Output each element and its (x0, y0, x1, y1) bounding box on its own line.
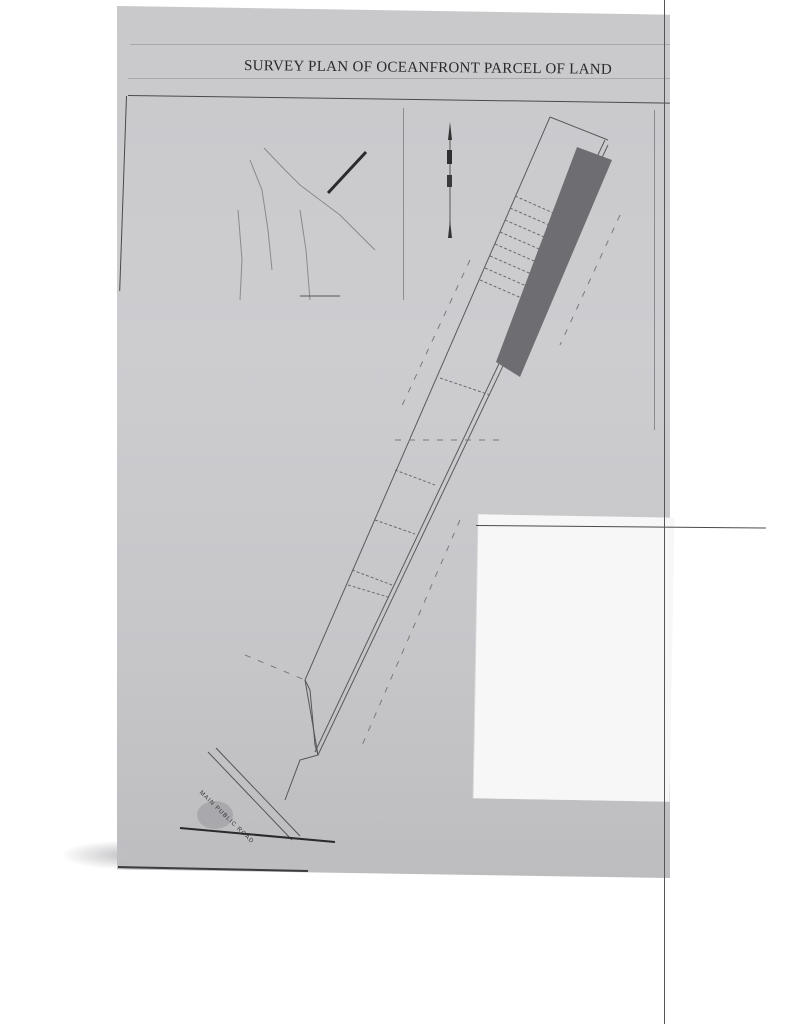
shaded-beach-area (496, 147, 612, 377)
location-map-roads (238, 148, 375, 300)
survey-drawing (0, 0, 790, 1024)
page-divider-line (664, 0, 665, 1024)
access-strip (285, 680, 318, 800)
north-arrow-icon (447, 122, 452, 238)
location-pointer (328, 152, 366, 193)
blank-overlay (474, 514, 675, 801)
